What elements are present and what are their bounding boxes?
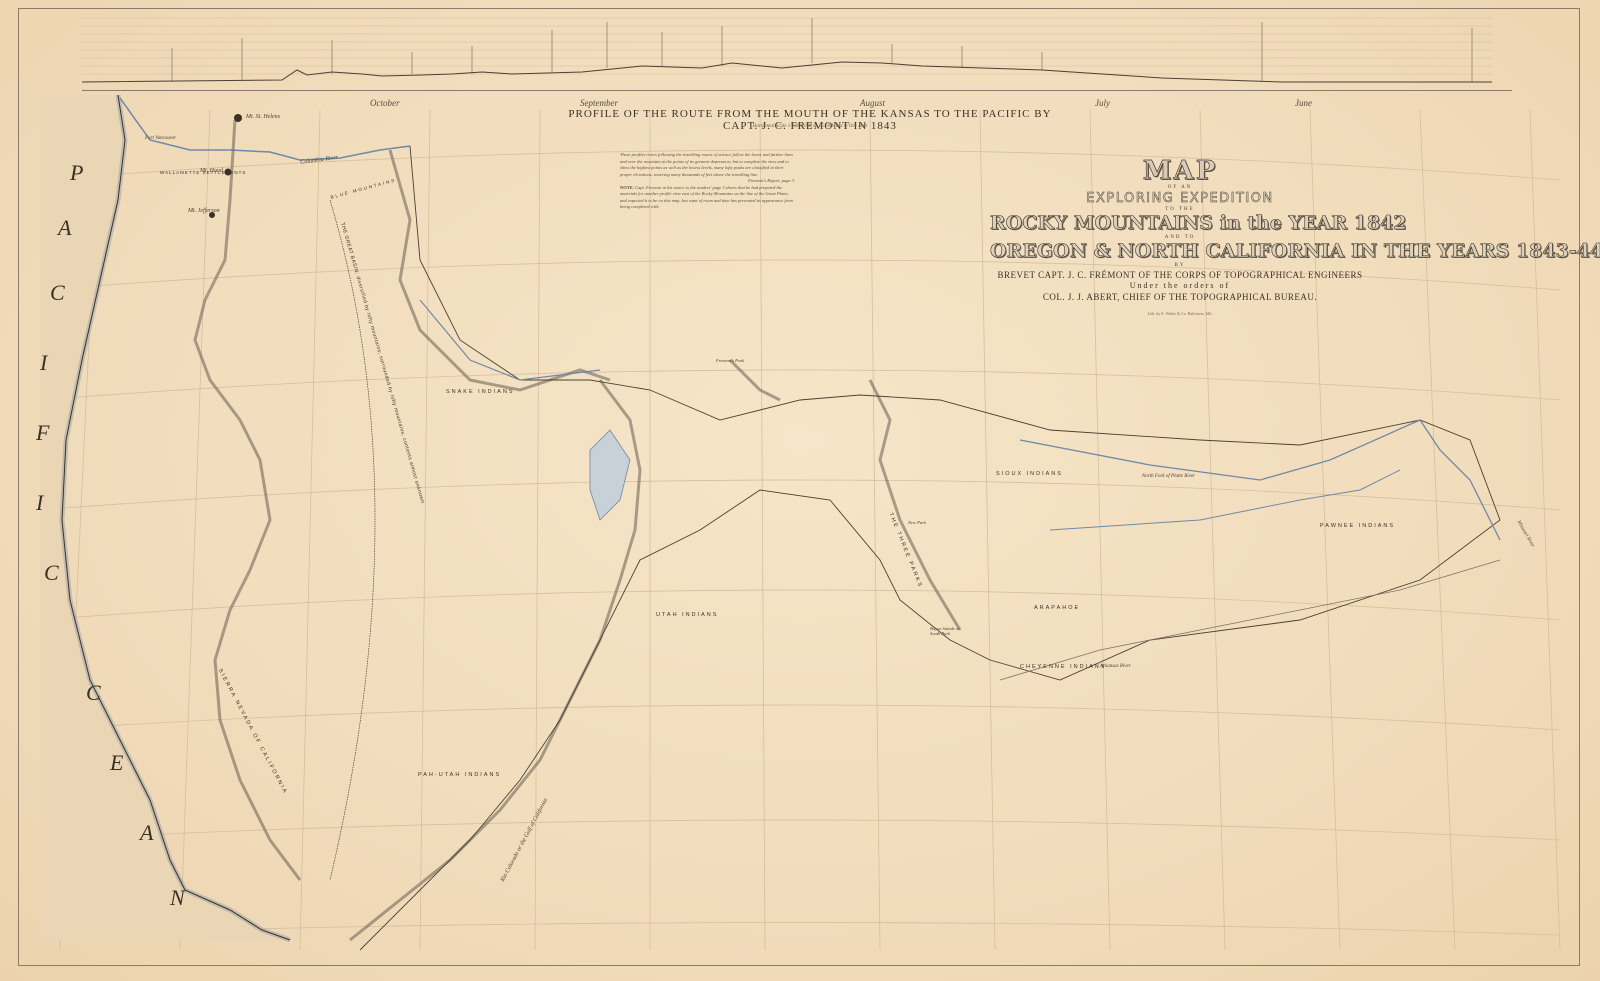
route-profile xyxy=(82,8,1512,91)
title-under-orders: Under the orders of xyxy=(990,281,1370,291)
title-rocky-mountains: ROCKY MOUNTAINS in the YEAR 1842 xyxy=(990,213,1370,234)
title-chief: COL. J. J. ABERT, CHIEF OF THE TOPOGRAPH… xyxy=(990,291,1370,303)
profile-month: October xyxy=(370,98,400,108)
label-utah-indians: UTAH INDIANS xyxy=(656,612,718,618)
label-mt-st-helens: Mt. St. Helens xyxy=(246,114,280,120)
label-arapahoe: ARAPAHOE xyxy=(1034,605,1080,611)
title-engraver: Lith. by E. Weber & Co. Baltimore, Md. xyxy=(990,311,1370,316)
ocean-label: F xyxy=(36,420,49,446)
title-of-an: OF AN xyxy=(990,184,1370,191)
title-oregon: OREGON & NORTH CALIFORNIA IN THE YEARS 1… xyxy=(990,241,1370,262)
profile-month: July xyxy=(1095,98,1110,108)
title-exploring: EXPLORING EXPEDITION xyxy=(990,191,1370,206)
note-label: NOTE. xyxy=(620,185,634,190)
map-sheet: October September August July June PROFI… xyxy=(0,0,1600,981)
ocean-label: E xyxy=(110,750,123,776)
label-cheyenne-indians: CHEYENNE INDIANS xyxy=(1020,664,1106,670)
ocean-label: I xyxy=(36,490,43,516)
ocean-label: N xyxy=(170,885,185,911)
profile-scale-note: Horizontal Scale 1:1,000,000 or 15.78 Mi… xyxy=(560,124,1060,129)
title-author: BREVET CAPT. J. C. FRÉMONT OF THE CORPS … xyxy=(990,269,1370,281)
map-border xyxy=(18,8,1580,966)
label-north-fork-platte: North Fork of Platte River xyxy=(1142,474,1195,479)
ocean-label: C xyxy=(44,560,59,586)
label-fort-vancouver: Fort Vancouver xyxy=(145,136,176,141)
title-cartouche: MAP OF AN EXPLORING EXPEDITION TO THE RO… xyxy=(990,158,1370,316)
note-paragraph: Capt. Fremont in his notice to the reade… xyxy=(620,185,793,210)
label-new-park: New Park xyxy=(908,520,926,525)
label-mt-hood: Mt. Hood xyxy=(200,168,223,174)
note-paragraph: These profiles rivers following the trav… xyxy=(620,152,795,178)
label-pawnee-indians: PAWNEE INDIANS xyxy=(1320,523,1395,529)
label-sioux-indians: SIOUX INDIANS xyxy=(996,471,1063,477)
label-fremont-peak: Fremont's Peak xyxy=(716,358,744,363)
profile-month: June xyxy=(1295,98,1312,108)
title-map: MAP xyxy=(990,158,1370,184)
ocean-label: A xyxy=(58,215,71,241)
ocean-label: P xyxy=(70,160,83,186)
ocean-label: I xyxy=(40,350,47,376)
ocean-label: A xyxy=(140,820,153,846)
ocean-label: C xyxy=(50,280,65,306)
label-snake-indians: SNAKE INDIANS xyxy=(446,389,514,395)
title-by: BY xyxy=(990,262,1370,269)
label-arkansas-river: Arkansas River xyxy=(1100,664,1131,669)
profile-month: August xyxy=(860,98,885,108)
profile-note: These profiles rivers following the trav… xyxy=(620,152,795,211)
label-mt-jefferson: Mt. Jefferson xyxy=(188,208,220,214)
label-pahutah-indians: PAH-UTAH INDIANS xyxy=(418,772,501,778)
label-south-park: Bayou Salade or South Park xyxy=(930,626,970,636)
profile-month: September xyxy=(580,98,618,108)
ocean-label: C xyxy=(86,680,101,706)
